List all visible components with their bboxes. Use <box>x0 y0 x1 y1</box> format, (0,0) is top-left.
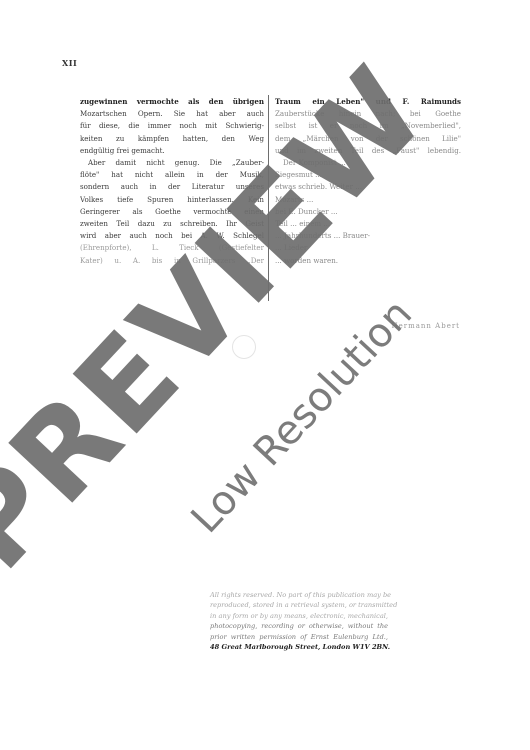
text-line: sondern auch in der Literatur unseres <box>80 181 264 193</box>
copyright-line: in any form or by any means, electronic,… <box>210 611 388 621</box>
copyright-line: All rights reserved. No part of this pub… <box>210 590 388 600</box>
text-line: wird aber auch noch bei A. W. Schlegel <box>80 230 264 242</box>
text-line: Traum ein Leben" und F. Raimunds <box>275 96 461 108</box>
left-column: zugewinnen vermochte als den übrigen Moz… <box>80 96 264 267</box>
copyright-notice: All rights reserved. No part of this pub… <box>210 590 388 652</box>
text-line: zweiten Teil dazu zu schreiben. Ihr Geis… <box>80 218 264 230</box>
text-line: dem „Märchen von der schönen Lilie" <box>275 133 461 145</box>
text-line: Volkes tiefe Spuren hinterlassen. Kein <box>80 194 264 206</box>
text-line: bei E. Duncker ... <box>275 206 461 218</box>
text-line: Geringerer als Goethe vermochte einen <box>80 206 264 218</box>
text-line: selbst ist er noch im „Novemberlied", <box>275 120 461 132</box>
copyright-line: photocopying, recording or otherwise, wi… <box>210 621 388 631</box>
copyright-line: 48 Great Marlborough Street, London W1V … <box>210 642 388 652</box>
text-line: zugewinnen vermochte als den übrigen <box>80 96 264 108</box>
text-line: Siegesmut ... <box>275 169 461 181</box>
text-line: und im zweiten Teil des „Faust" lebendig… <box>275 145 461 157</box>
publisher-logo-icon <box>232 335 256 359</box>
text-line: endgültig frei gemacht. <box>80 145 264 157</box>
copyright-line: reproduced, stored in a retrieval system… <box>210 600 388 610</box>
right-column: Traum ein Leben" und F. Raimunds Zaubers… <box>275 96 461 267</box>
text-line: Der Komponist ... <box>275 157 461 169</box>
text-line: etwas schrieb. Weiter ... <box>275 181 461 193</box>
text-line: Aber damit nicht genug. Die „Zauber- <box>80 157 264 169</box>
text-line: ... worden waren. <box>275 255 461 267</box>
text-line: flöte" hat nicht allein in der Musik, <box>80 169 264 181</box>
text-line: ... Lieder <box>275 242 461 254</box>
text-line: für diese, die immer noch mit Schwierig- <box>80 120 264 132</box>
text-line: ... Jahrhunderts ... Brauer- <box>275 230 461 242</box>
text-line: (Ehrenpforte), L. Tieck (Gestiefelter <box>80 242 264 254</box>
text-line: Zauberstücke hinein nach; bei Goethe <box>275 108 461 120</box>
text-line: Kater) u. A. bis in Grillparzers „Der <box>80 255 264 267</box>
copyright-line: prior written permission of Ernst Eulenb… <box>210 632 388 642</box>
page-number: XII <box>62 58 77 68</box>
text-line: Teil ... einem ... <box>275 218 461 230</box>
text-line: Mozarts ... <box>275 194 461 206</box>
author-signature: Hermann Abert <box>340 322 460 330</box>
low-resolution-watermark: Low Resolution <box>185 293 419 540</box>
text-line: Mozartschen Opern. Sie hat aber auch <box>80 108 264 120</box>
column-separator <box>268 95 269 301</box>
text-line: keiten zu kämpfen hatten, den Weg <box>80 133 264 145</box>
